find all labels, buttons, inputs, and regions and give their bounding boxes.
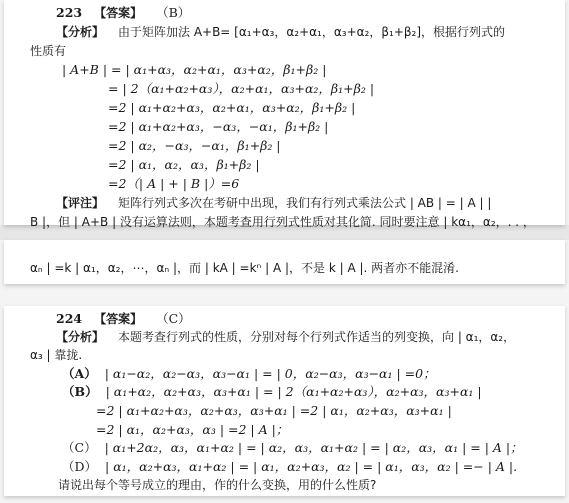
option-label: （A） xyxy=(62,366,97,381)
derivation-step: =2 | α₁+α₂+α₃，−α₃，−α₁，β₁+β₂ | xyxy=(108,119,328,135)
problem-number: 224 xyxy=(56,311,82,326)
option-text: | α₁+α₂，α₂+α₃，α₃+α₁ | = | 2（α₁+α₂+α₃），α₂… xyxy=(106,384,482,399)
option-b-cont: =2 | α₁+α₂+α₃，α₂+α₃，α₃+α₁ | =2 | α₁，α₂+α… xyxy=(96,403,452,419)
option-b: （B） | α₁+α₂，α₂+α₃，α₃+α₁ | = | 2（α₁+α₂+α₃… xyxy=(62,384,482,400)
option-label: （C） xyxy=(62,440,97,455)
page-card-223-top: 223 【答案】 （B） 【分析】 由于矩阵加法 A+B= [α₁+α₃，α₂+… xyxy=(4,0,565,225)
derivation-step: =2 | α₁，α₂，α₃，β₁+β₂ | xyxy=(108,157,260,173)
analysis-tag: 【分析】 xyxy=(56,330,104,344)
derivation-step: =2 | α₁+α₂+α₃，α₂+α₁，α₃+α₂，β₁+β₂ | xyxy=(108,100,355,116)
option-text: | α₁+2α₂，α₃，α₁+α₂ | = | α₂，α₃，α₁+α₂ | = … xyxy=(105,440,523,455)
problem-223-header: 223 【答案】 （B） xyxy=(56,5,190,21)
analysis-tag: 【分析】 xyxy=(56,25,104,39)
comment-tag: 【评注】 xyxy=(56,196,104,210)
option-a: （A） | α₁−α₂，α₂−α₃，α₃−α₁ | = | 0，α₂−α₃，α₃… xyxy=(62,366,436,382)
analysis-text-cont: 性质有 xyxy=(30,43,66,59)
analysis-line: 【分析】 本题考查行列式的性质，分别对每个行列式作适当的列变换，向 | α₁，α… xyxy=(56,329,515,345)
answer-tag: 【答案】 xyxy=(94,6,142,20)
option-label: （B） xyxy=(62,384,98,399)
problem-224-header: 224 【答案】 （C） xyxy=(56,311,191,327)
page-card-224: 224 【答案】 （C） 【分析】 本题考查行列式的性质，分别对每个行列式作适当… xyxy=(4,306,565,496)
comment-text-cont: αₙ | =k | α₁，α₂，⋯，αₙ |，而 | kA | =kⁿ | A … xyxy=(30,260,459,276)
derivation-step: = | 2（α₁+α₂+α₃），α₂+α₁，α₃+α₂，β₁+β₂ | xyxy=(108,81,374,97)
derivation-result: =2（| A | + | B |）=6 xyxy=(108,176,239,192)
answer-tag: 【答案】 xyxy=(94,312,142,326)
follow-up-question: 请说出每个等号成立的理由，作的什么变换，用的什么性质? xyxy=(58,477,376,493)
analysis-text: 本题考查行列式的性质，分别对每个行列式作适当的列变换，向 | α₁，α₂， xyxy=(118,330,515,344)
derivation-step: =2 | α₂，−α₃，−α₁，β₁+β₂ | xyxy=(108,138,281,154)
derivation-step: | A+B | = | α₁+α₃，α₂+α₁，α₃+α₂，β₁+β₂ | xyxy=(62,62,326,78)
analysis-line: 【分析】 由于矩阵加法 A+B= [α₁+α₃，α₂+α₁，α₃+α₂，β₁+β… xyxy=(56,24,505,40)
analysis-text-cont: α₃ | 靠拢. xyxy=(30,347,82,363)
analysis-text: 由于矩阵加法 A+B= [α₁+α₃，α₂+α₁，α₃+α₂，β₁+β₂]，根据… xyxy=(118,25,505,39)
option-c: （C） | α₁+2α₂，α₃，α₁+α₂ | = | α₂，α₃，α₁+α₂ … xyxy=(62,440,523,456)
answer-value: （C） xyxy=(156,311,191,326)
page-card-223-bottom: αₙ | =k | α₁，α₂，⋯，αₙ |，而 | kA | =kⁿ | A … xyxy=(4,240,565,284)
option-d: （D） | α₁，α₂+α₃，α₁+α₂ | = | α₁，α₂+α₃，α₂ |… xyxy=(62,459,517,475)
problem-number: 223 xyxy=(56,5,82,20)
option-b-cont: =2 | α₁，α₂+α₃，α₃ | =2 | A |； xyxy=(96,422,288,438)
comment-text: 矩阵行列式多次在考研中出现，我们有行列式乘法公式 | AB | = | A | … xyxy=(118,196,491,210)
option-text: | α₁，α₂+α₃，α₁+α₂ | = | α₁，α₂+α₃，α₂ | = |… xyxy=(105,459,517,474)
comment-text-cont: B |，但 | A+B | 没有运算法则，本题考查用行列式性质对其化简. 同时要… xyxy=(30,214,535,230)
answer-value: （B） xyxy=(156,5,190,20)
comment-line: 【评注】 矩阵行列式多次在考研中出现，我们有行列式乘法公式 | AB | = |… xyxy=(56,195,491,211)
option-text: | α₁−α₂，α₂−α₃，α₃−α₁ | = | 0，α₂−α₃，α₃−α₁ … xyxy=(105,366,436,381)
option-label: （D） xyxy=(62,459,97,474)
